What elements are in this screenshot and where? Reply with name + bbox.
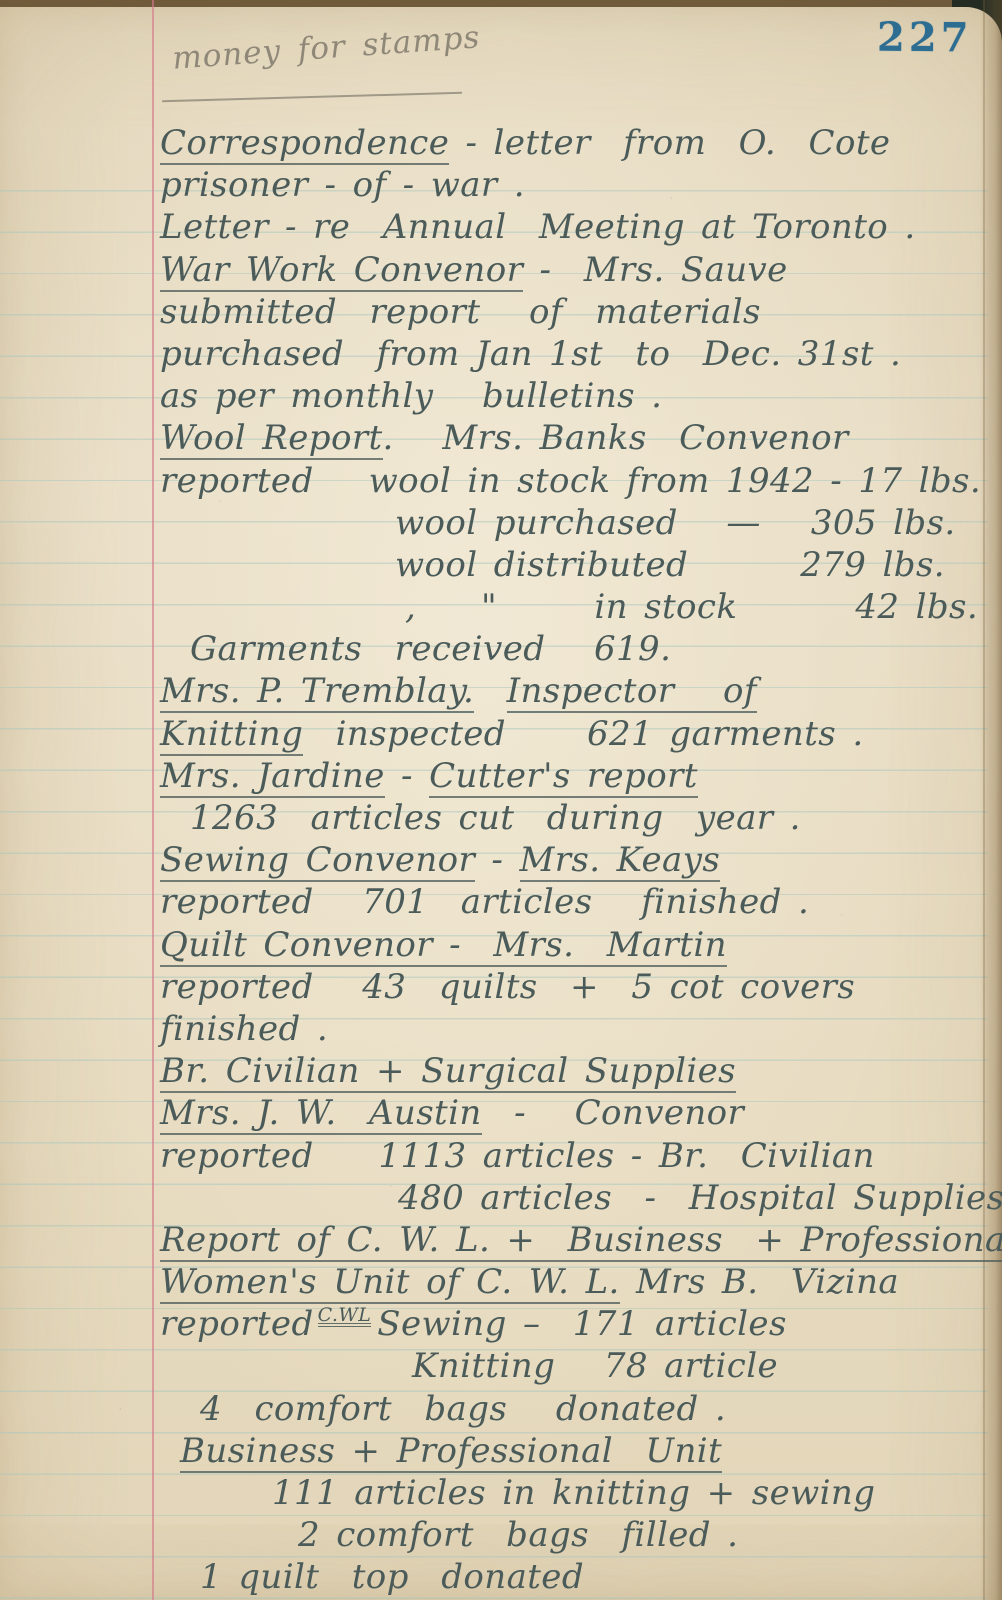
handwriting-segment: Knitting	[160, 714, 303, 756]
handwriting-segment: wool purchased —	[395, 503, 761, 543]
handwritten-line: 4 comfort bags donated .	[160, 1388, 996, 1430]
handwriting-segment: War Work Convenor	[160, 250, 523, 292]
handwriting-segment: reported	[160, 1304, 314, 1344]
handwriting-segment: 1 quilt top donated	[200, 1557, 584, 1597]
handwriting-segment: inspected 621 garments .	[303, 714, 863, 754]
handwritten-line: 1 quilt top donated	[160, 1556, 996, 1598]
handwriting-segment: Br. Civilian + Surgical Supplies	[160, 1051, 736, 1093]
handwriting-segment: Letter - re Annual Meeting at Toronto .	[160, 207, 916, 247]
page-number: 227	[876, 14, 972, 62]
handwritten-line: 1263 articles cut during year .	[160, 797, 996, 839]
handwriting-segment: 1263 articles cut during year .	[190, 798, 801, 838]
handwriting-segment: wool distributed	[395, 545, 688, 585]
handwriting-segment: 279 lbs.	[800, 545, 945, 585]
handwriting-segment: prisoner - of - war .	[160, 165, 525, 205]
handwriting-segment: submitted report of materials	[160, 292, 761, 332]
handwritten-line: finished .	[160, 1008, 996, 1050]
handwritten-line: Letter - re Annual Meeting at Toronto .	[160, 206, 996, 248]
handwritten-line: Women's Unit of C. W. L. Mrs B. Vizina	[160, 1261, 996, 1303]
handwritten-line: , " in stock42 lbs.	[160, 586, 996, 628]
handwritten-line: reported 701 articles finished .	[160, 881, 996, 923]
handwriting-segment: Mrs. J. W. Austin	[160, 1093, 482, 1135]
handwriting-segment: - Convenor	[482, 1093, 744, 1133]
handwriting-segment: purchased from Jan 1st to Dec. 31st .	[160, 334, 901, 374]
handwritten-line: purchased from Jan 1st to Dec. 31st .	[160, 333, 996, 375]
handwriting-segment: Mrs. P. Tremblay.	[160, 671, 474, 713]
handwritten-line: 480 articles - Hospital Supplies	[160, 1177, 996, 1219]
handwriting-segment: - Mrs. Sauve	[523, 250, 787, 290]
handwriting-segment: 4 comfort bags donated .	[200, 1389, 726, 1429]
handwriting-segment: wool in stock from 1942 - 17 lbs.	[369, 461, 982, 501]
handwriting-segment: reported 43 quilts + 5 cot covers	[160, 967, 855, 1007]
handwriting-segment: 480 articles - Hospital Supplies	[398, 1178, 1002, 1218]
handwriting-segment: Wool Report	[160, 418, 383, 460]
minute-book-scan: 227 money for stamps Correspondence - le…	[0, 0, 1002, 1600]
handwriting-segment: 111 articles in knitting + sewing	[272, 1473, 875, 1513]
handwriting-segment: reported 701 articles finished .	[160, 882, 809, 922]
handwritten-line: Wool Report. Mrs. Banks Convenor	[160, 417, 996, 459]
handwritten-line: wool purchased —305 lbs.	[160, 502, 996, 544]
handwritten-line: Mrs. P. Tremblay. Inspector of	[160, 670, 996, 712]
handwritten-line: Mrs. Jardine - Cutter's report	[160, 755, 996, 797]
handwriting-segment: reported 1113 articles - Br. Civilian	[160, 1136, 875, 1176]
handwritten-line: Report of C. W. L. + Business + Professi…	[160, 1219, 996, 1261]
handwriting-segment: Mrs B. Vizina	[620, 1262, 899, 1302]
handwriting-segment: -	[475, 840, 519, 880]
handwritten-text: Correspondence - letter from O. Cotepris…	[160, 122, 996, 1599]
handwriting-segment	[474, 671, 506, 711]
handwritten-line: Br. Civilian + Surgical Supplies	[160, 1050, 996, 1092]
handwriting-segment: 42 lbs.	[855, 587, 978, 627]
handwritten-line: as per monthly bulletins .	[160, 375, 996, 417]
handwritten-line: Sewing Convenor - Mrs. Keays	[160, 839, 996, 881]
margin-rule-line	[152, 0, 154, 1600]
handwriting-segment: Mrs. Jardine	[160, 756, 385, 798]
handwriting-segment: reported	[160, 461, 314, 501]
handwriting-segment: Knitting 78 article	[412, 1346, 778, 1386]
handwriting-segment: Mrs. Keays	[520, 840, 721, 882]
inserted-superscript: C.WL	[318, 1307, 372, 1327]
handwritten-line: Knitting inspected 621 garments .	[160, 713, 996, 755]
handwritten-line: reported 43 quilts + 5 cot covers	[160, 966, 996, 1008]
handwritten-line: reported 1113 articles - Br. Civilian	[160, 1135, 996, 1177]
handwritten-line: Garments received 619.	[160, 628, 996, 670]
handwritten-line: 111 articles in knitting + sewing	[160, 1472, 996, 1514]
handwriting-segment: 305 lbs.	[811, 503, 956, 543]
handwriting-segment: Cutter's report	[429, 756, 698, 798]
handwritten-line: War Work Convenor - Mrs. Sauve	[160, 249, 996, 291]
handwritten-line: Quilt Convenor - Mrs. Martin	[160, 924, 996, 966]
handwriting-segment: Business + Professional Unit	[180, 1431, 722, 1473]
handwriting-segment: finished .	[160, 1009, 328, 1049]
handwritten-line: wool distributed279 lbs.	[160, 544, 996, 586]
handwriting-segment: Women's Unit of C. W. L.	[160, 1262, 620, 1304]
handwritten-line: reportedwool in stock from 1942 - 17 lbs…	[160, 460, 996, 502]
handwriting-segment: Quilt Convenor - Mrs. Martin	[160, 925, 727, 967]
handwriting-segment: Correspondence	[160, 123, 449, 165]
handwriting-segment: Report of C. W. L. + Business + Professi…	[160, 1220, 1002, 1262]
handwriting-segment: as per monthly bulletins .	[160, 376, 662, 416]
handwriting-segment: - letter from O. Cote	[449, 123, 890, 163]
handwritten-line: Knitting 78 article	[160, 1345, 996, 1387]
handwritten-line: prisoner - of - war .	[160, 164, 996, 206]
handwriting-segment: , " in stock	[405, 587, 737, 627]
handwriting-segment: -	[385, 756, 429, 796]
handwritten-line: submitted report of materials	[160, 291, 996, 333]
handwritten-line: reportedC.WLSewing – 171 articles	[160, 1303, 996, 1345]
handwritten-line: Mrs. J. W. Austin - Convenor	[160, 1092, 996, 1134]
handwriting-segment: Inspector of	[507, 671, 757, 713]
handwritten-line: Correspondence - letter from O. Cote	[160, 122, 996, 164]
handwriting-segment: 2 comfort bags filled .	[298, 1515, 738, 1555]
handwritten-line: 2 comfort bags filled .	[160, 1514, 996, 1556]
handwriting-segment: . Mrs. Banks Convenor	[383, 418, 849, 458]
handwriting-segment: Garments received 619.	[190, 629, 671, 669]
handwriting-segment: Sewing – 171 articles	[377, 1304, 787, 1344]
handwriting-segment: Sewing Convenor	[160, 840, 475, 882]
handwritten-line: Business + Professional Unit	[160, 1430, 996, 1472]
